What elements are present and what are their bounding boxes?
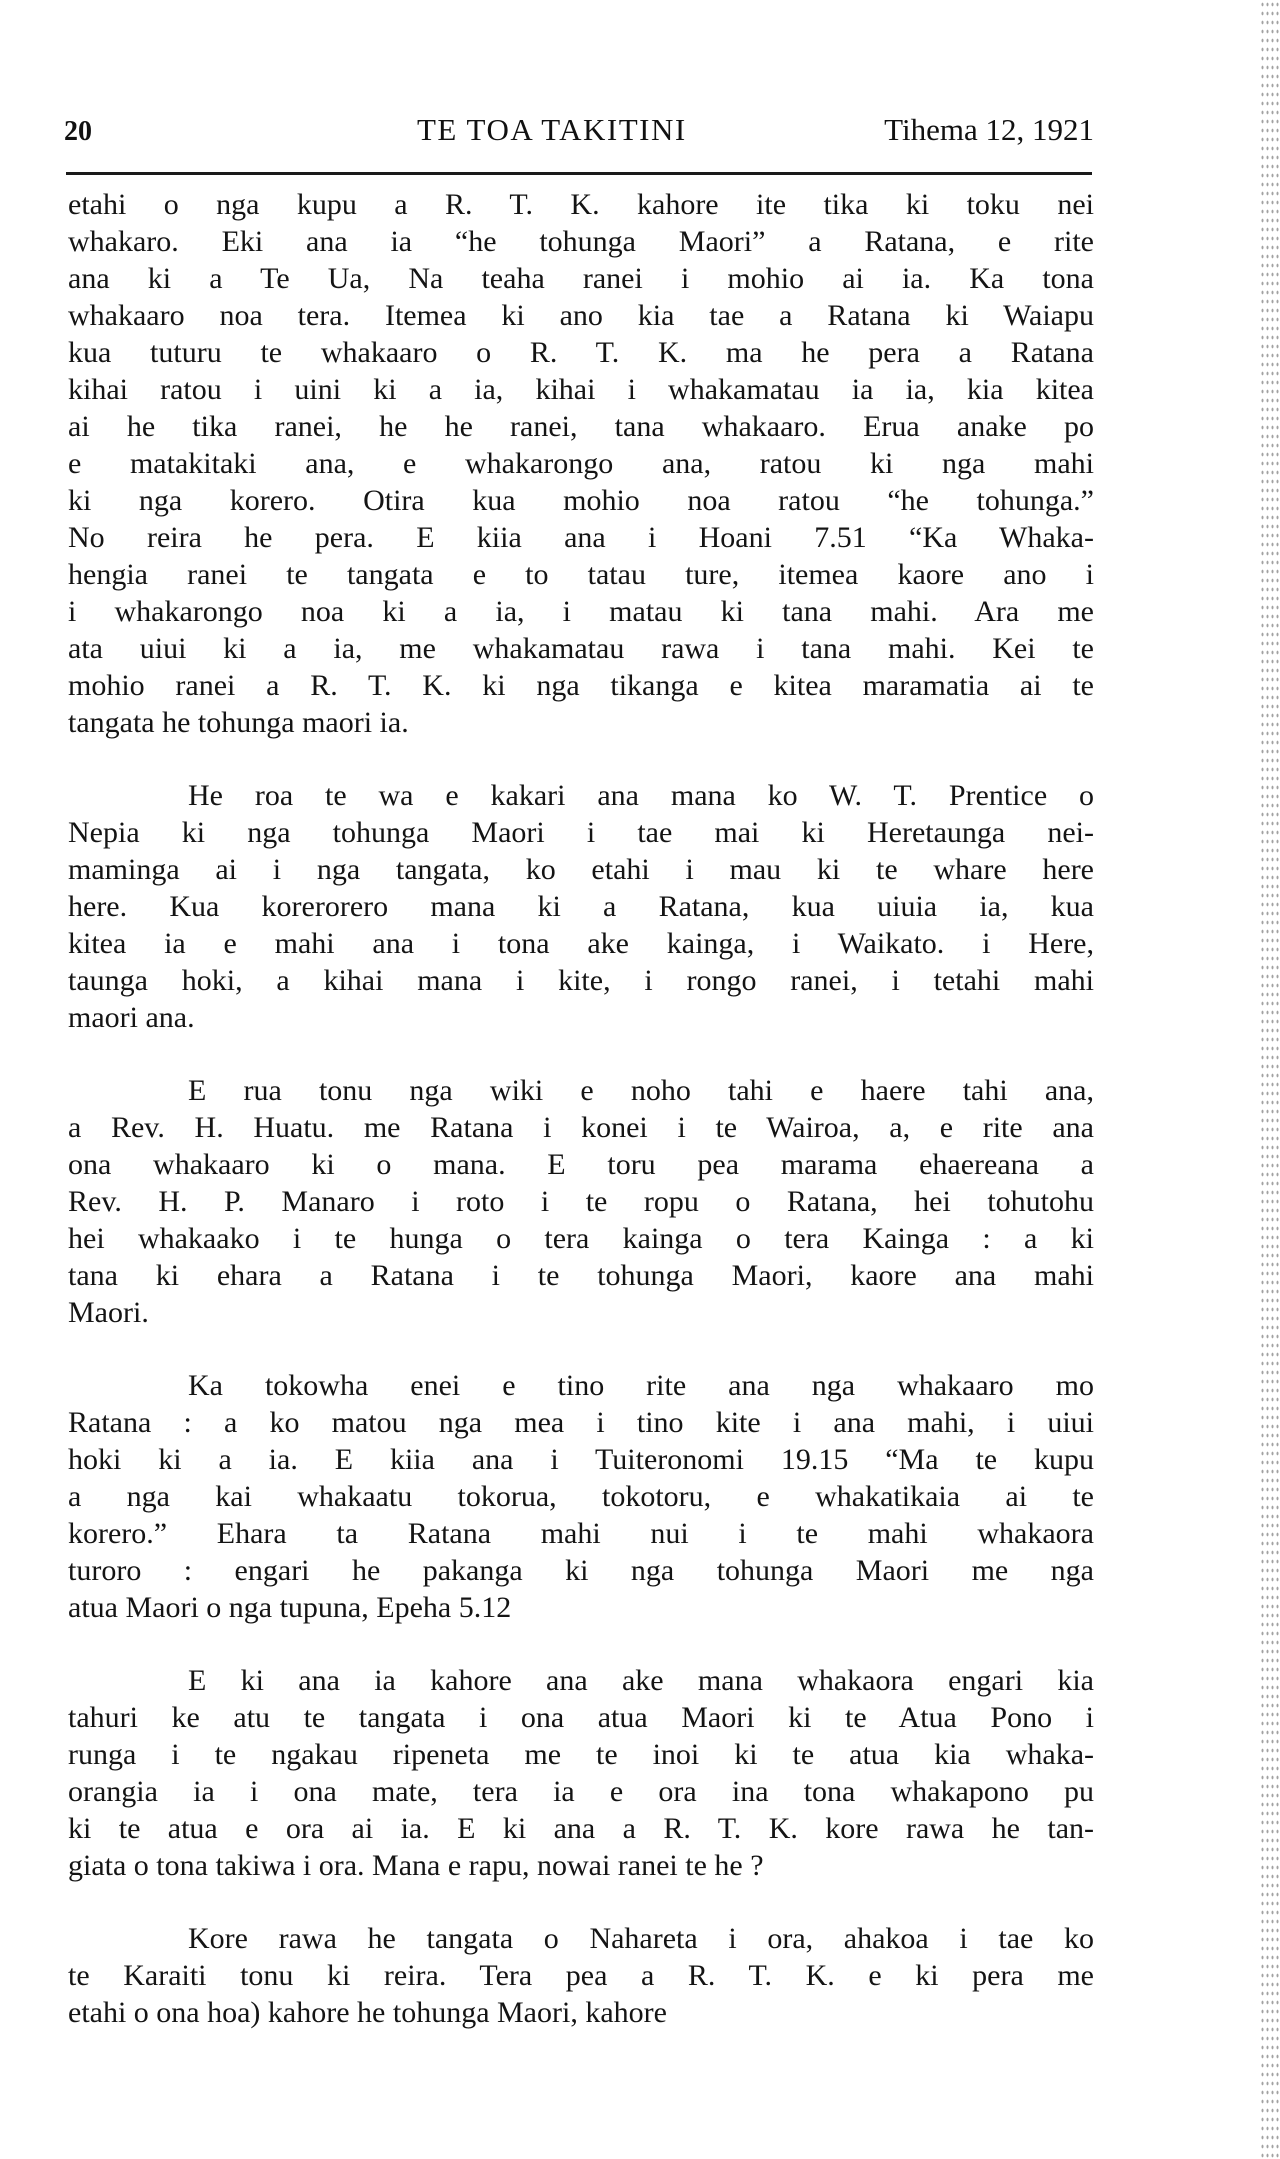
page-number: 20 [64, 116, 92, 148]
paragraph: E ki ana ia kahore ana ake mana whakaora… [68, 1662, 1094, 1884]
text-line: Nepia ki nga tohunga Maori i tae mai ki … [68, 814, 1094, 851]
text-line: whakaaro noa tera. Itemea ki ano kia tae… [68, 297, 1094, 334]
text-line: ki te atua e ora ai ia. E ki ana a R. T.… [68, 1810, 1094, 1847]
paragraph: Ka tokowha enei e tino rite ana nga whak… [68, 1367, 1094, 1626]
text-line: giata o tona takiwa i ora. Mana e rapu, … [68, 1847, 1094, 1884]
text-line: hei whakaako i te hunga o tera kainga o … [68, 1220, 1094, 1257]
text-line: No reira he pera. E kiia ana i Hoani 7.5… [68, 519, 1094, 556]
text-line: te Karaiti tonu ki reira. Tera pea a R. … [68, 1957, 1094, 1994]
text-line: whakaro. Eki ana ia “he tohunga Maori” a… [68, 223, 1094, 260]
text-line: maori ana. [68, 999, 1094, 1036]
text-line: E ki ana ia kahore ana ake mana whakaora… [68, 1662, 1094, 1699]
text-line: ana ki a Te Ua, Na teaha ranei i mohio a… [68, 260, 1094, 297]
text-line: a Rev. H. Huatu. me Ratana i konei i te … [68, 1109, 1094, 1146]
journal-title: TE TOA TAKITINI [417, 112, 687, 148]
text-line: ata uiui ki a ia, me whakamatau rawa i t… [68, 630, 1094, 667]
header-rule [66, 172, 1092, 175]
text-line: Rev. H. P. Manaro i roto i te ropu o Rat… [68, 1183, 1094, 1220]
text-line: e matakitaki ana, e whakarongo ana, rato… [68, 445, 1094, 482]
scan-edge-artifact [1260, 0, 1280, 2159]
text-line: kua tuturu te whakaaro o R. T. K. ma he … [68, 334, 1094, 371]
text-line: kitea ia e mahi ana i tona ake kainga, i… [68, 925, 1094, 962]
text-line: etahi o ona hoa) kahore he tohunga Maori… [68, 1994, 1094, 2031]
text-line: E rua tonu nga wiki e noho tahi e haere … [68, 1072, 1094, 1109]
text-line: kihai ratou i uini ki a ia, kihai i whak… [68, 371, 1094, 408]
text-line: tana ki ehara a Ratana i te tohunga Maor… [68, 1257, 1094, 1294]
text-line: He roa te wa e kakari ana mana ko W. T. … [68, 777, 1094, 814]
text-line: ki nga korero. Otira kua mohio noa ratou… [68, 482, 1094, 519]
text-line: etahi o nga kupu a R. T. K. kahore ite t… [68, 186, 1094, 223]
text-line: hoki ki a ia. E kiia ana i Tuiteronomi 1… [68, 1441, 1094, 1478]
paragraph: Kore rawa he tangata o Nahareta i ora, a… [68, 1920, 1094, 2031]
text-line: mohio ranei a R. T. K. ki nga tikanga e … [68, 667, 1094, 704]
paragraph-gap [68, 1626, 1094, 1662]
article-body: etahi o nga kupu a R. T. K. kahore ite t… [68, 186, 1094, 2031]
text-line: Ka tokowha enei e tino rite ana nga whak… [68, 1367, 1094, 1404]
newspaper-page: 20 TE TOA TAKITINI Tihema 12, 1921 etahi… [0, 0, 1280, 2159]
text-line: maminga ai i nga tangata, ko etahi i mau… [68, 851, 1094, 888]
text-line: turoro : engari he pakanga ki nga tohung… [68, 1552, 1094, 1589]
text-line: taunga hoki, a kihai mana i kite, i rong… [68, 962, 1094, 999]
paragraph-gap [68, 1331, 1094, 1367]
text-line: Kore rawa he tangata o Nahareta i ora, a… [68, 1920, 1094, 1957]
text-line: i whakarongo noa ki a ia, i matau ki tan… [68, 593, 1094, 630]
text-line: hengia ranei te tangata e to tatau ture,… [68, 556, 1094, 593]
text-line: atua Maori o nga tupuna, Epeha 5.12 [68, 1589, 1094, 1626]
text-line: tangata he tohunga maori ia. [68, 704, 1094, 741]
text-line: orangia ia i ona mate, tera ia e ora ina… [68, 1773, 1094, 1810]
paragraph-gap [68, 1884, 1094, 1920]
text-line: ona whakaaro ki o mana. E toru pea maram… [68, 1146, 1094, 1183]
paragraph-gap [68, 741, 1094, 777]
text-line: ai he tika ranei, he he ranei, tana whak… [68, 408, 1094, 445]
text-line: Maori. [68, 1294, 1094, 1331]
paragraph: etahi o nga kupu a R. T. K. kahore ite t… [68, 186, 1094, 741]
paragraph: He roa te wa e kakari ana mana ko W. T. … [68, 777, 1094, 1036]
text-line: korero.” Ehara ta Ratana mahi nui i te m… [68, 1515, 1094, 1552]
text-line: runga i te ngakau ripeneta me te inoi ki… [68, 1736, 1094, 1773]
text-line: here. Kua korerorero mana ki a Ratana, k… [68, 888, 1094, 925]
text-line: a nga kai whakaatu tokorua, tokotoru, e … [68, 1478, 1094, 1515]
page-header: 20 TE TOA TAKITINI Tihema 12, 1921 [64, 112, 1094, 156]
issue-date: Tihema 12, 1921 [884, 112, 1094, 148]
paragraph: E rua tonu nga wiki e noho tahi e haere … [68, 1072, 1094, 1331]
text-line: Ratana : a ko matou nga mea i tino kite … [68, 1404, 1094, 1441]
text-line: tahuri ke atu te tangata i ona atua Maor… [68, 1699, 1094, 1736]
paragraph-gap [68, 1036, 1094, 1072]
